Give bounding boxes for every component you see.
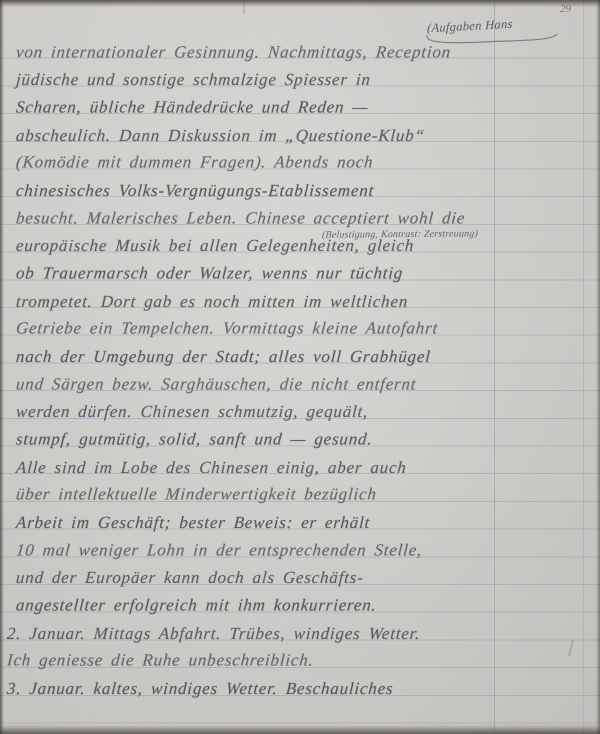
scan-edge-top bbox=[0, 0, 600, 7]
line-text: abscheulich. Dann Diskussion im „Questio… bbox=[15, 126, 425, 146]
line-text: trompetet. Dort gab es noch mitten im we… bbox=[15, 292, 409, 312]
line-text: ob Trauermarsch oder Walzer, wenns nur t… bbox=[15, 264, 404, 284]
handwritten-line: Ich geniesse die Ruhe unbeschreiblich. bbox=[0, 645, 600, 673]
interlinear-insertion: (Belustigung, Kontrast: Zerstreuung) bbox=[322, 228, 479, 240]
handwritten-line: Arbeit im Geschäft; bester Beweis: er er… bbox=[0, 506, 600, 534]
line-text: (Komödie mit dummen Fragen). Abends noch bbox=[15, 153, 374, 173]
line-text: chinesisches Volks-Vergnügungs-Etablisse… bbox=[15, 181, 375, 201]
handwritten-line: besucht. Malerisches Leben. Chinese acce… bbox=[0, 202, 600, 230]
handwritten-line: Alle sind im Lobe des Chinesen einig, ab… bbox=[0, 451, 600, 479]
handwritten-line: werden dürfen. Chinesen schmutzig, gequä… bbox=[0, 396, 600, 424]
line-text: angestellter erfolgreich mit ihm konkurr… bbox=[15, 596, 377, 616]
handwritten-line: nach der Umgebung der Stadt; alles voll … bbox=[0, 340, 600, 368]
handwritten-line: angestellter erfolgreich mit ihm konkurr… bbox=[0, 589, 600, 617]
line-text: jüdische und sonstige schmalzige Spiesse… bbox=[15, 70, 371, 90]
scan-edge-left bbox=[0, 0, 4, 734]
manuscript-page: 29 (Aufgaben Hans von internationaler Ge… bbox=[0, 0, 600, 734]
scan-edge-bottom bbox=[0, 725, 600, 734]
line-text: stumpf, gutmütig, solid, sanft und — ges… bbox=[15, 430, 373, 450]
line-text: von internationaler Gesinnung. Nachmitta… bbox=[15, 42, 452, 62]
line-text: und der Europäer kann doch als Geschäfts… bbox=[15, 568, 364, 588]
handwritten-line: 3. Januar. kaltes, windiges Wetter. Besc… bbox=[0, 672, 600, 700]
handwritten-line: Getriebe ein Tempelchen. Vormittags klei… bbox=[0, 313, 600, 341]
line-text: und Särgen bezw. Sarghäuschen, die nicht… bbox=[15, 374, 417, 394]
handwritten-line: chinesisches Volks-Vergnügungs-Etablisse… bbox=[0, 174, 600, 202]
line-text: Alle sind im Lobe des Chinesen einig, ab… bbox=[15, 458, 407, 478]
handwritten-line: Scharen, übliche Händedrücke und Reden — bbox=[0, 91, 600, 119]
line-text: 10 mal weniger Lohn in der entsprechende… bbox=[15, 540, 423, 560]
line-text: 2. Januar. Mittags Abfahrt. Trübes, wind… bbox=[6, 624, 421, 644]
handwritten-line: ob Trauermarsch oder Walzer, wenns nur t… bbox=[0, 257, 600, 285]
handwritten-line: (Komödie mit dummen Fragen). Abends noch bbox=[0, 147, 600, 175]
handwritten-line: und der Europäer kann doch als Geschäfts… bbox=[0, 562, 600, 590]
handwritten-line: von internationaler Gesinnung. Nachmitta… bbox=[0, 36, 600, 64]
line-text: werden dürfen. Chinesen schmutzig, gequä… bbox=[15, 402, 369, 422]
line-text: nach der Umgebung der Stadt; alles voll … bbox=[15, 347, 431, 367]
handwritten-line: trompetet. Dort gab es noch mitten im we… bbox=[0, 285, 600, 313]
line-text: 3. Januar. kaltes, windiges Wetter. Besc… bbox=[6, 679, 394, 699]
handwritten-line: 10 mal weniger Lohn in der entsprechende… bbox=[0, 534, 600, 562]
line-text: Getriebe ein Tempelchen. Vormittags klei… bbox=[15, 319, 439, 339]
handwritten-line: 2. Januar. Mittags Abfahrt. Trübes, wind… bbox=[0, 617, 600, 645]
line-text: Scharen, übliche Händedrücke und Reden — bbox=[15, 98, 369, 118]
line-text: Ich geniesse die Ruhe unbeschreiblich. bbox=[6, 651, 314, 671]
line-text: besucht. Malerisches Leben. Chinese acce… bbox=[15, 208, 466, 228]
handwritten-line: jüdische und sonstige schmalzige Spiesse… bbox=[0, 64, 600, 92]
handwritten-line: abscheulich. Dann Diskussion im „Questio… bbox=[0, 119, 600, 147]
handwritten-line: über intellektuelle Minderwertigkeit bez… bbox=[0, 479, 600, 507]
line-text: über intellektuelle Minderwertigkeit bez… bbox=[15, 485, 377, 505]
handwritten-line: und Särgen bezw. Sarghäuschen, die nicht… bbox=[0, 368, 600, 396]
handwritten-text-block: von internationaler Gesinnung. Nachmitta… bbox=[0, 36, 600, 700]
line-text: Arbeit im Geschäft; bester Beweis: er er… bbox=[15, 513, 371, 533]
handwritten-line: europäische Musik bei allen Gelegenheite… bbox=[0, 230, 600, 258]
scan-edge-right bbox=[596, 0, 600, 734]
handwritten-line: stumpf, gutmütig, solid, sanft und — ges… bbox=[0, 423, 600, 451]
